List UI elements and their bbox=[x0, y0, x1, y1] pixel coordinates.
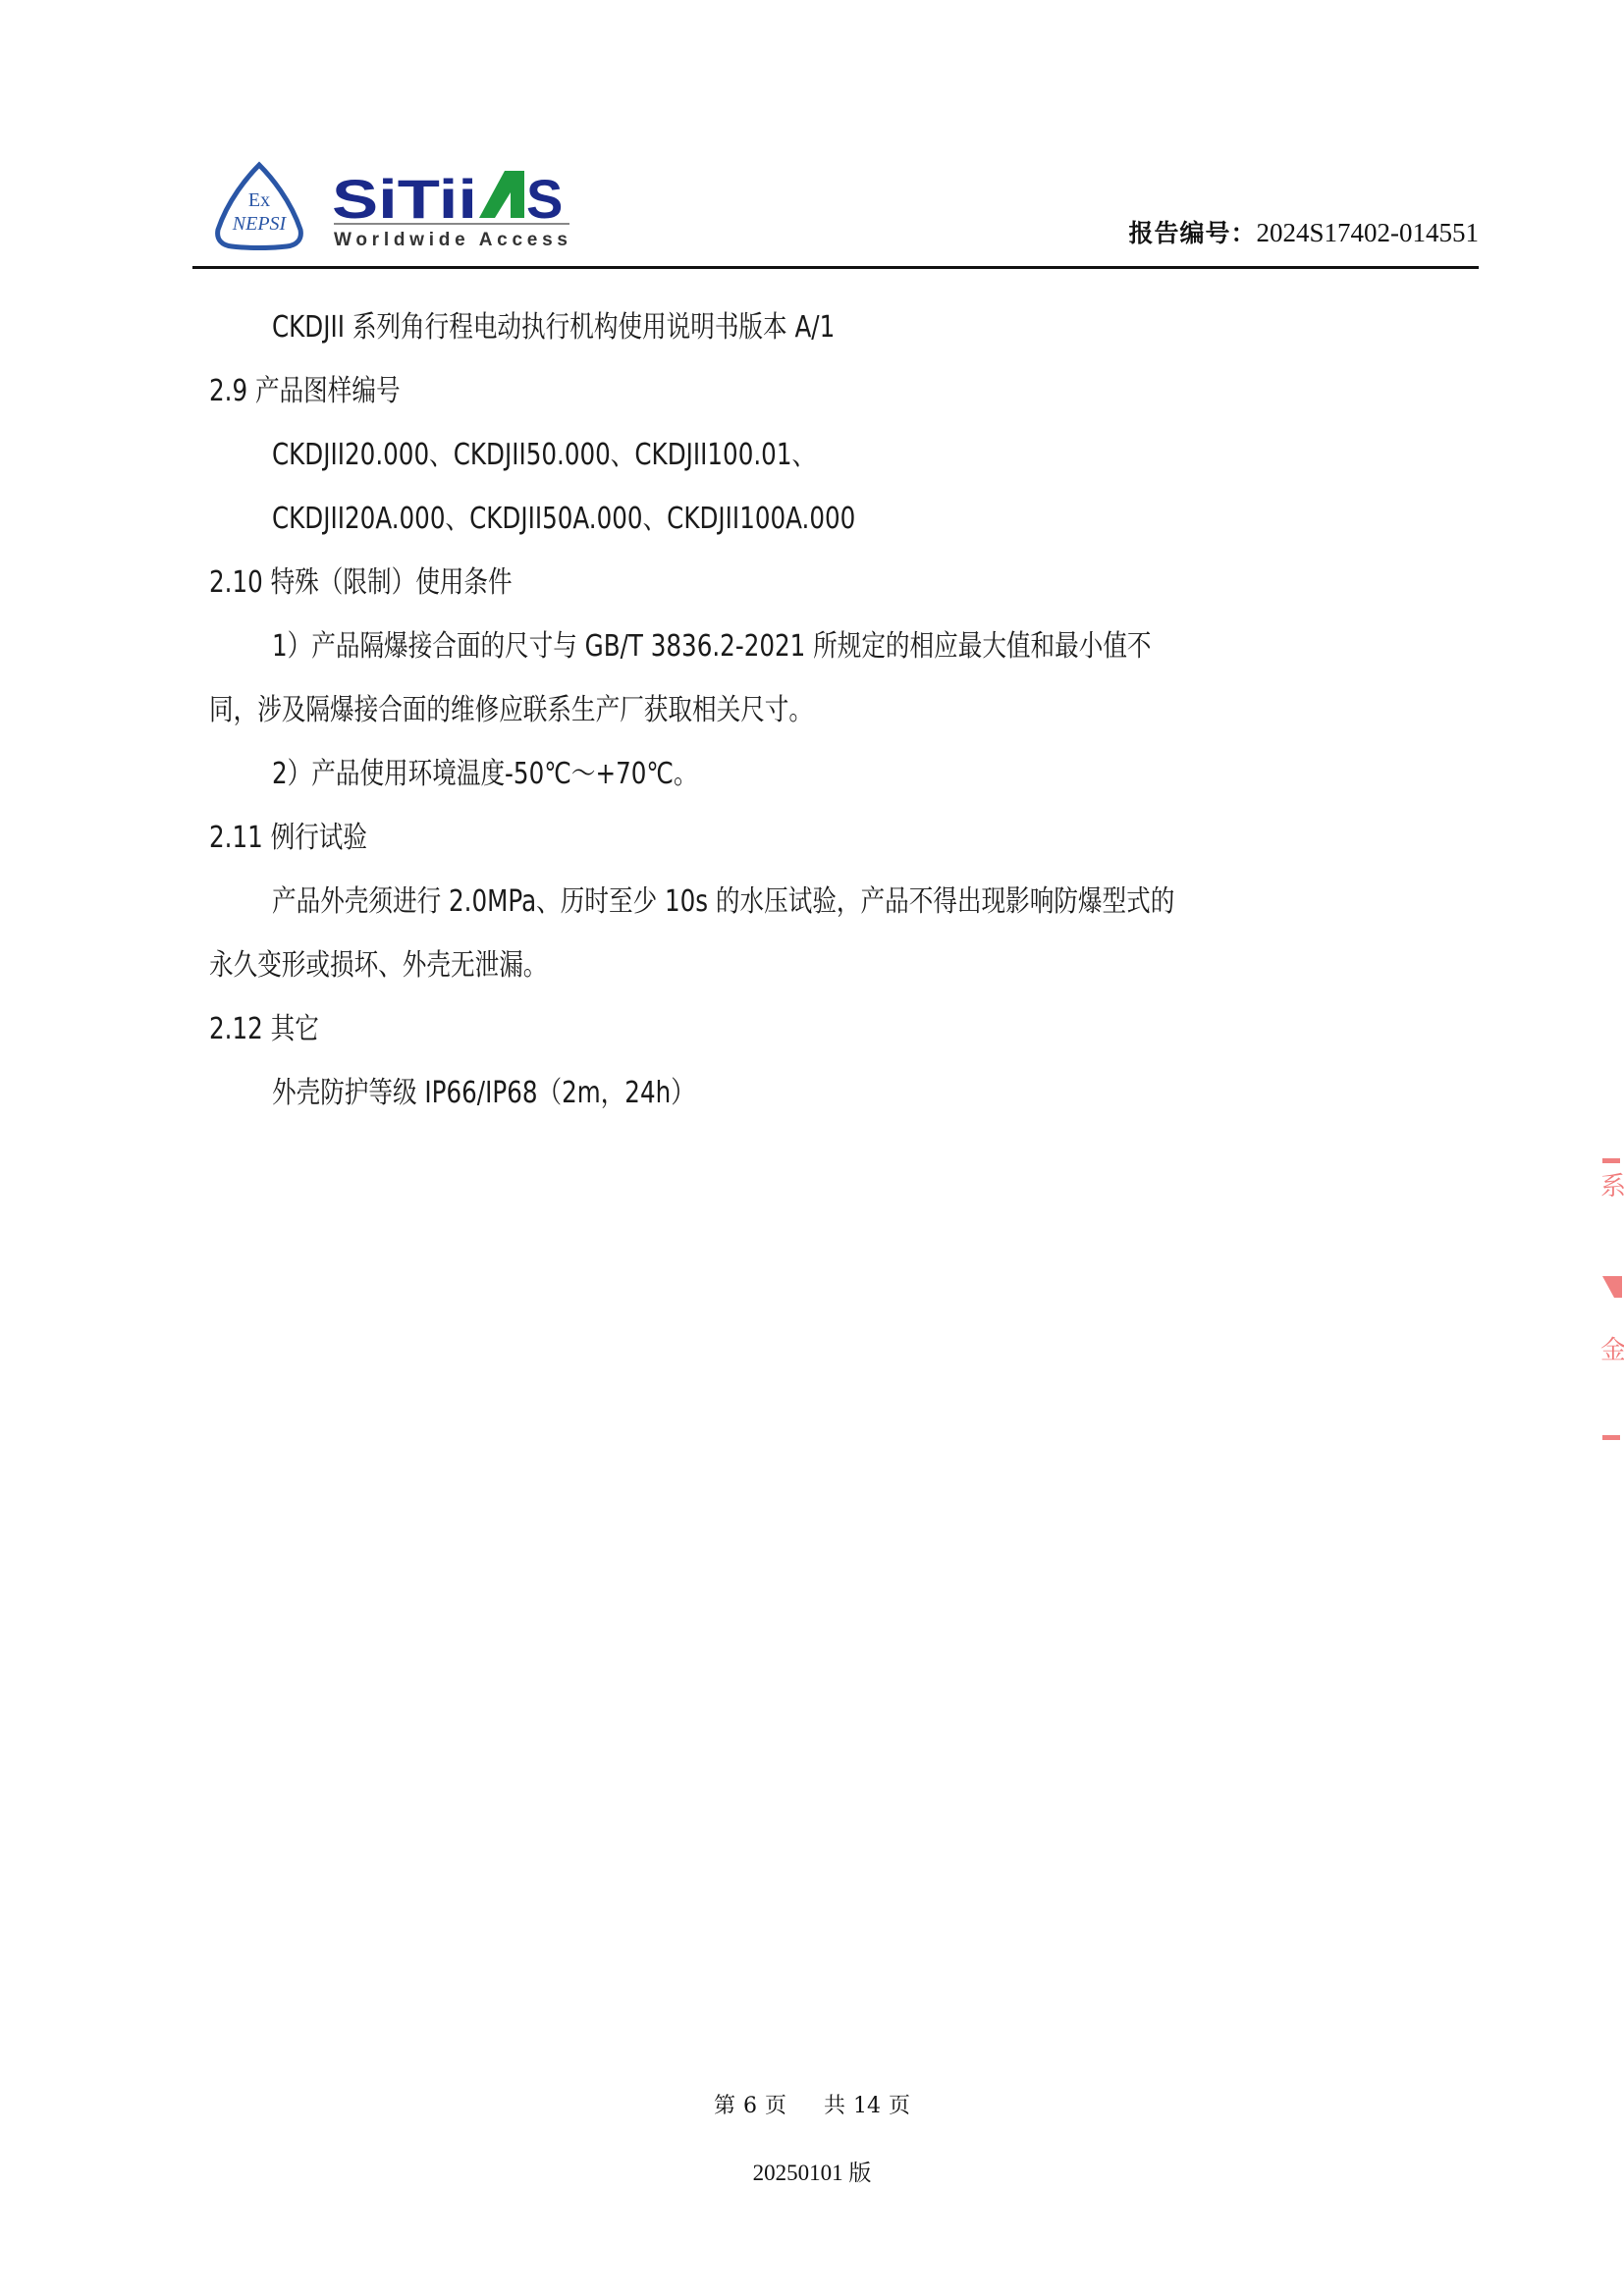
stamp-mark bbox=[1602, 1276, 1622, 1298]
svg-text:S: S bbox=[526, 168, 563, 230]
manual-version-line: CKDJII 系列角行程电动执行机构使用说明书版本 A/1 bbox=[272, 302, 835, 346]
nepsi-logo-name: NEPSI bbox=[232, 213, 288, 235]
stamp-mark bbox=[1602, 1158, 1620, 1163]
page-number: 第6页 共14页 bbox=[0, 2089, 1624, 2119]
ip-rating-line: 外壳防护等级 IP66/IP68（2m，24h） bbox=[272, 1068, 695, 1111]
page-suffix: 页 bbox=[889, 2094, 910, 2118]
seal-stamp-edge: 系 金 bbox=[1598, 1158, 1624, 1443]
drawing-numbers-line-1: CKDJII20.000、CKDJII50.000、CKDJII100.01、 bbox=[272, 430, 816, 473]
stamp-mark bbox=[1602, 1435, 1620, 1440]
stamp-char-1: 系 bbox=[1600, 1166, 1624, 1202]
section-2-9-heading: 2.9 产品图样编号 bbox=[209, 366, 401, 409]
page-current: 6 bbox=[743, 2094, 757, 2118]
page-mid: 页 bbox=[765, 2094, 786, 2118]
report-number-value: 2024S17402-014551 bbox=[1256, 218, 1479, 247]
sitiias-logo: SiTii S Worldwide Access bbox=[332, 163, 572, 251]
routine-test-line-1: 产品外壳须进行 2.0MPa、历时至少 10s 的水压试验，产品不得出现影响防爆… bbox=[272, 877, 1174, 920]
drawing-numbers-line-2: CKDJII20A.000、CKDJII50A.000、CKDJII100A.0… bbox=[272, 494, 855, 537]
nepsi-logo: Ex NEPSI bbox=[212, 161, 306, 251]
section-2-12-heading: 2.12 其它 bbox=[209, 1004, 319, 1047]
condition-2: 2）产品使用环境温度-50℃～+70℃。 bbox=[272, 749, 698, 792]
section-2-11-heading: 2.11 例行试验 bbox=[209, 813, 367, 856]
nepsi-logo-ex: Ex bbox=[248, 189, 270, 211]
page-total-prefix: 共 bbox=[824, 2094, 845, 2118]
header-divider bbox=[192, 266, 1479, 269]
document-version: 20250101 版 bbox=[0, 2155, 1624, 2187]
stamp-char-2: 金 bbox=[1600, 1330, 1624, 1366]
condition-1-line-2: 同，涉及隔爆接合面的维修应联系生产厂获取相关尺寸。 bbox=[209, 685, 813, 728]
routine-test-line-2: 永久变形或损坏、外壳无泄漏。 bbox=[209, 940, 547, 984]
page-prefix: 第 bbox=[714, 2094, 735, 2118]
svg-text:Worldwide Access: Worldwide Access bbox=[334, 230, 568, 250]
svg-text:SiTii: SiTii bbox=[332, 168, 477, 230]
report-number: 报告编号：2024S17402-014551 bbox=[1128, 214, 1479, 249]
section-2-10-heading: 2.10 特殊（限制）使用条件 bbox=[209, 558, 513, 601]
page-total: 14 bbox=[853, 2094, 881, 2118]
condition-1-line-1: 1）产品隔爆接合面的尺寸与 GB/T 3836.2-2021 所规定的相应最大值… bbox=[272, 621, 1152, 665]
report-number-label: 报告编号： bbox=[1128, 219, 1256, 247]
page-header: Ex NEPSI SiTii S Worldwide Access 报告编号：2… bbox=[192, 157, 1479, 267]
